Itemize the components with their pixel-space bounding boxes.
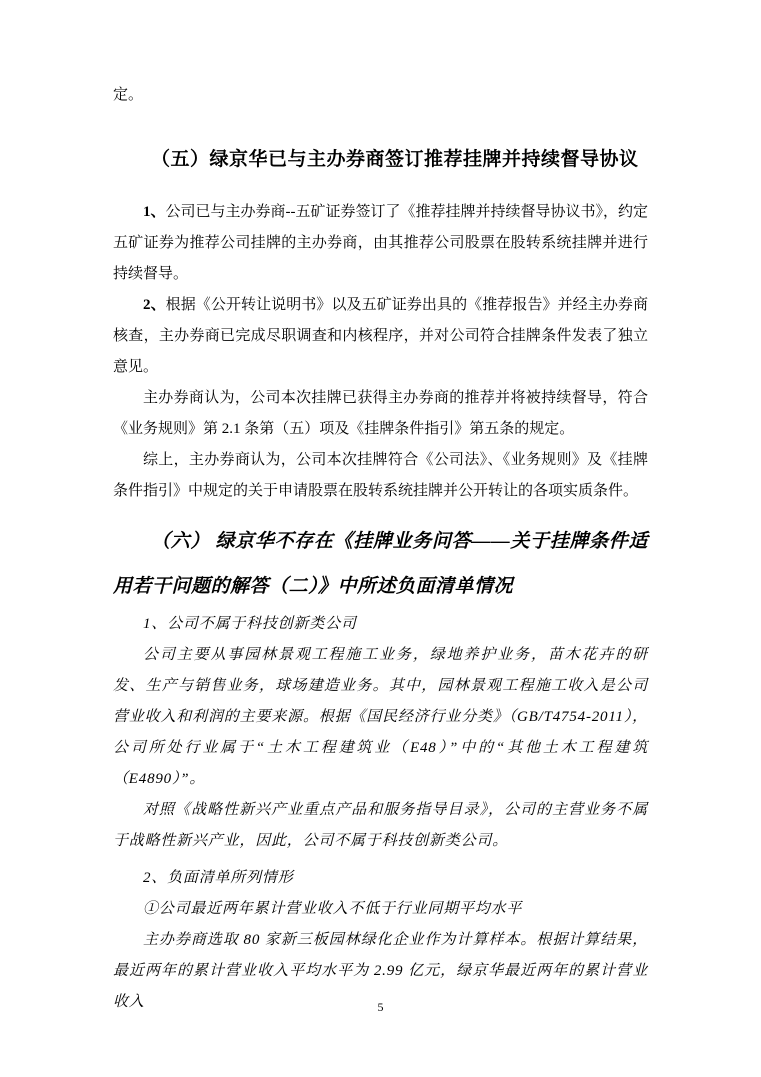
section-five-paragraph-1: 1、公司已与主办券商--五矿证券签订了《推荐挂牌并持续督导协议书》，约定五矿证券… bbox=[113, 197, 648, 290]
subsection-two-item-title: ①公司最近两年累计营业收入不低于行业同期平均水平 bbox=[113, 894, 648, 925]
subsection-one-title: 1、公司不属于科技创新类公司 bbox=[113, 609, 648, 640]
section-five-paragraph-4: 综上，主办券商认为，公司本次挂牌符合《公司法》、《业务规则》及《挂牌条件指引》中… bbox=[113, 445, 648, 507]
section-six-heading: （六） 绿京华不存在《挂牌业务问答——关于挂牌条件适用若干问题的解答（二）》中所… bbox=[113, 519, 648, 609]
paragraph-text: 综上，主办券商认为，公司本次挂牌符合《公司法》、《业务规则》及《挂牌条件指引》中… bbox=[113, 452, 648, 499]
page-number: 5 bbox=[0, 999, 761, 1015]
subsection-one-paragraph-2: 对照《战略性新兴产业重点产品和服务指导目录》，公司的主营业务不属于战略性新兴产业… bbox=[113, 795, 648, 857]
section-five-paragraph-3: 主办券商认为，公司本次挂牌已获得主办券商的推荐并将被持续督导，符合《业务规则》第… bbox=[113, 383, 648, 445]
section-five-heading: （五）绿京华已与主办券商签订推荐挂牌并持续督导协议 bbox=[113, 137, 648, 183]
document-content: 定。 （五）绿京华已与主办券商签订推荐挂牌并持续督导协议 1、公司已与主办券商-… bbox=[0, 0, 761, 1018]
paragraph-text: 根据《公开转让说明书》以及五矿证券出具的《推荐报告》并经主办券商核查，主办券商已… bbox=[113, 297, 648, 375]
paragraph-number-label: 1、 bbox=[143, 204, 166, 220]
subsection-one-paragraph-1: 公司主要从事园林景观工程施工业务，绿地养护业务，苗木花卉的研发、生产与销售业务，… bbox=[113, 640, 648, 795]
document-page: 定。 （五）绿京华已与主办券商签订推荐挂牌并持续督导协议 1、公司已与主办券商-… bbox=[0, 0, 761, 1077]
subsection-two-title: 2、负面清单所列情形 bbox=[113, 863, 648, 894]
paragraph-text: 公司已与主办券商--五矿证券签订了《推荐挂牌并持续督导协议书》，约定五矿证券为推… bbox=[113, 204, 648, 282]
continuation-text: 定。 bbox=[113, 80, 648, 111]
paragraph-text: 主办券商认为，公司本次挂牌已获得主办券商的推荐并将被持续督导，符合《业务规则》第… bbox=[113, 390, 648, 437]
paragraph-number-label: 2、 bbox=[143, 297, 166, 313]
section-five-paragraph-2: 2、根据《公开转让说明书》以及五矿证券出具的《推荐报告》并经主办券商核查，主办券… bbox=[113, 290, 648, 383]
